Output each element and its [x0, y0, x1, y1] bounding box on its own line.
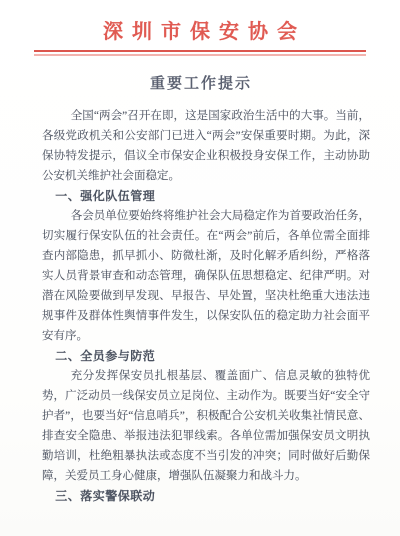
section-1-heading: 一、强化队伍管理: [42, 186, 370, 206]
section-3-heading: 三、落实警保联动: [42, 486, 370, 506]
divider-bottom-line: [34, 54, 366, 56]
doc-title: 重要工作提示: [0, 72, 400, 93]
doc-body: 全国“两会”召开在即，这是国家政治生活中的大事。当前，各级党政机关和公安部门已进…: [42, 106, 370, 506]
header-divider: [34, 50, 366, 56]
section-1-paragraph: 各会员单位要始终将维护社会大局稳定作为首要政治任务，切实履行保安队伍的社会责任。…: [42, 206, 370, 346]
intro-paragraph: 全国“两会”召开在即，这是国家政治生活中的大事。当前，各级党政机关和公安部门已进…: [42, 106, 370, 186]
scanned-notice-page: 深圳市保安协会 重要工作提示 全国“两会”召开在即，这是国家政治生活中的大事。当…: [0, 0, 400, 536]
org-name: 深圳市保安协会: [0, 0, 400, 44]
section-2-heading: 二、全员参与防范: [42, 346, 370, 366]
section-2-paragraph: 充分发挥保安员扎根基层、覆盖面广、信息灵敏的独特优势，广泛动员一线保安员立足岗位…: [42, 366, 370, 486]
